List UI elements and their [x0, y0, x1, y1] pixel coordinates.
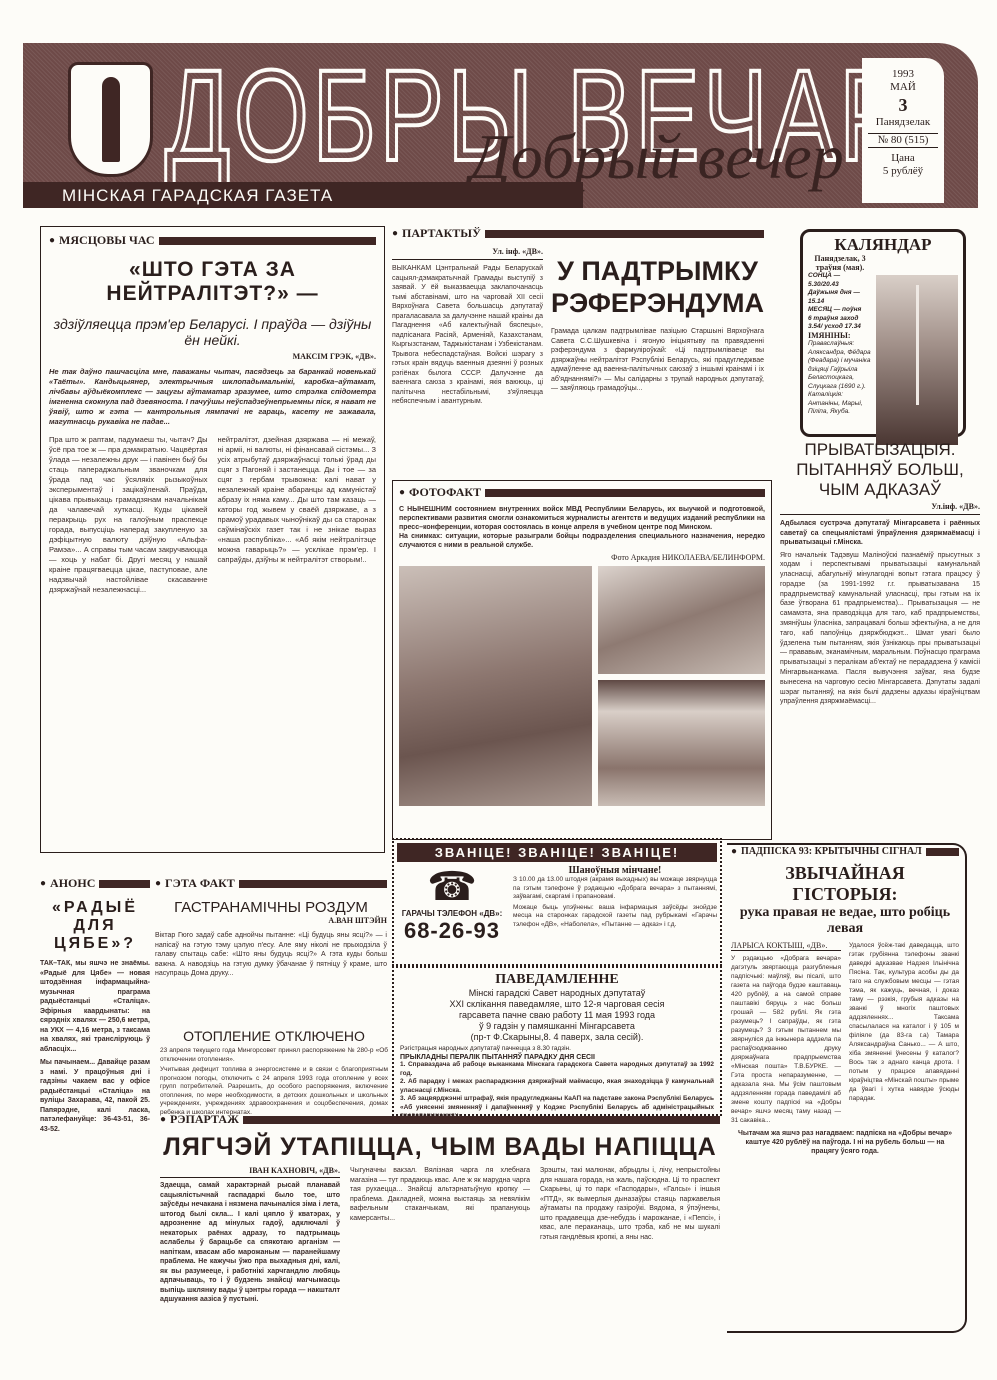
privatization-lead: Адбылася сустрэча дэпутатаў Мінгарсавета… [780, 519, 980, 548]
photo-obstacle-course [598, 566, 765, 674]
subscription-column-2: Удалося ўсёж-такі даведацца, што гэтак г… [849, 941, 959, 1125]
subscription-headline-1: ЗВЫЧАЙНАЯ ГІСТОРЫЯ: [731, 863, 959, 905]
subscription-column-1: У рэдакцыю «Добрага вечара» дагэтуль звя… [731, 954, 841, 1125]
article-fact: ●ГЭТА ФАКТ ГАСТРАНАМІЧНЫ РОЗДУМ А.ВАН ШТ… [155, 876, 387, 1026]
announcement-line-5: (пр-т Ф.Скарыны,8. 4 паверх, зала сесій)… [400, 1032, 714, 1043]
hotline-greeting: Шаноўныя мінчане! [513, 865, 717, 876]
fact-headline: ГАСТРАНАМІЧНЫ РОЗДУМ [155, 899, 387, 916]
hotline-text: З 10.00 да 13.00 штодня (акрамя выхадных… [513, 876, 717, 902]
calendar-sun: СОНЦА — 5.30/20.43 [808, 272, 872, 289]
hotline-banner: ЗВАНІЦЕ! ЗВАНІЦЕ! ЗВАНІЦЕ! [397, 843, 717, 862]
article-partaktyu: ●ПАРТАКТЫЎ Ул. інф. «ДВ». ВЫКАНКАМ Цэнтр… [392, 226, 764, 476]
partaktyu-column-2: У ПАДТРЫМКУ РЭФЕРЭНДУМА Грамада цалкам п… [551, 247, 764, 407]
rubric-label: РЭПАРТАЖ [170, 1112, 239, 1127]
agenda-item-1: 1. Справаздача аб рабоце выканкама Мінск… [400, 1061, 714, 1078]
subscription-headline-2: рука правая не ведае, што робіць левая [731, 905, 959, 937]
rubric-anons: ●АНОНС [40, 876, 150, 891]
rubric-label: АНОНС [50, 876, 95, 891]
announcement-line-4: ў 9 гадзін у памяшканні Мінгарсавета [400, 1021, 714, 1032]
newspaper-subtitle: МІНСКАЯ ГАРАДСКАЯ ГАЗЕТА [62, 186, 333, 206]
photofact-text: С НЫНЕШНИМ состоянием внутренних войск М… [399, 505, 765, 532]
issue-month: МАЙ [862, 81, 944, 94]
privatization-text: Яго начальнік Тадэвуш Маліноўскі пазнаём… [780, 551, 980, 708]
reportage-column-3: Зрэшты, такі малюнак, абрыдлы і, лічу, н… [540, 1166, 720, 1305]
hotline-text-2: Можаце быць упэўнены: ваша інфармацыя за… [513, 904, 717, 930]
article-reportage: ●РЭПАРТАЖ ЛЯГЧЭЙ УТАПІЦЦА, ЧЫМ ВАДЫ НАПІ… [160, 1112, 720, 1352]
subscription-byline: ЛАРЫСА КОКТЫШ, «ДВ». [731, 941, 841, 951]
photo-grid [399, 566, 765, 806]
fact-text: Віктар Гюго задаў сабе аднойчы пытанне: … [155, 931, 387, 979]
article-column-2: нейтралітэт, дзейная дзяржава — ні межаў… [218, 435, 377, 595]
newspaper-script-title: Добрый вечер [470, 125, 844, 189]
rubric-label: МЯСЦОВЫ ЧАС [59, 233, 155, 248]
privatization-headline-3: ЧЫМ АДКАЗАЎ [780, 480, 980, 500]
calendar-info: Панядзелак, 3 траўня (мая). СОНЦА — 5.30… [808, 255, 872, 445]
article-privatization: ПРЫВАТЫЗАЦЫЯ. ПЫТАННЯЎ БОЛЬШ, ЧЫМ АДКАЗА… [780, 440, 980, 845]
anons-text: ТАК–ТАК, мы яшчэ не знаёмы. «Радыё для Ц… [40, 959, 150, 1054]
announcement-line-3: гарсавета пачне сваю работу 11 мая 1993 … [400, 1010, 714, 1021]
privatization-headline-1: ПРЫВАТЫЗАЦЫЯ. [780, 440, 980, 460]
names-orthodox: Праваслаўныя: Аляксандра, Фёдара (Феадар… [808, 340, 872, 391]
photo-vehicle-detention [598, 680, 765, 806]
article-columns: Пра што ж раптам, падумаеш ты, чытач? Ды… [49, 435, 376, 595]
issue-day: 3 [862, 94, 944, 116]
minsk-coat-of-arms-icon [68, 62, 153, 177]
agenda-title: ПРЫКЛАДНЫ ПЕРАЛІК ПЫТАННЯЎ ПАРАДКУ ДНЯ С… [400, 1054, 714, 1061]
agenda-item-2: 2. Аб парадку і межах распараджэння дзяр… [400, 1078, 714, 1095]
hotline-box: ЗВАНІЦЕ! ЗВАНІЦЕ! ЗВАНІЦЕ! ☎ ГАРАЧЫ ТЭЛЕ… [392, 838, 722, 966]
issue-date-box: 1993 МАЙ 3 Панядзелак № 80 (515) Цана 5 … [862, 58, 944, 203]
rubric-label: ФОТОФАКТ [409, 485, 481, 500]
heating-text-2: Учитывая дефицит топлива в энергосистеме… [160, 1066, 388, 1117]
photo-building-assault [399, 566, 592, 806]
referendum-text: Грамада цалкам падтрымлівае пазіцыю Стар… [551, 327, 764, 394]
announcement-line-1: Мінскі гарадскі Савет народных дэпутатаў [400, 988, 714, 999]
issue-weekday: Панядзелак [862, 116, 944, 129]
price-value: 5 рублёў [862, 165, 944, 178]
anons-headline: «РАДЫЁ ДЛЯ ЦЯБЕ»? [40, 899, 150, 953]
hotline-label: ГАРАЧЫ ТЭЛЕФОН «ДВ»: [397, 909, 507, 918]
issue-number: № 80 (515) [868, 133, 938, 148]
names-catholic: Каталіцкія: Антаніны, Марыі, Піліпа, Яку… [808, 391, 872, 417]
reportage-column-2: Чыгуначны вакзал. Вялізная чарга ля хлеб… [350, 1166, 530, 1305]
reportage-byline: ІВАН КАХНОВІЧ, «ДВ». [160, 1166, 340, 1178]
partaktyu-text: ВЫКАНКАМ Цэнтральнай Рады Беларускай сац… [392, 264, 543, 407]
article-column-1: Пра што ж раптам, падумаеш ты, чытач? Ды… [49, 435, 208, 595]
rubric-fact: ●ГЭТА ФАКТ [155, 876, 387, 891]
heating-text-1: 23 апреля текущего года Мингорсовет прин… [160, 1047, 388, 1064]
article-neutrality: ●МЯСЦОВЫ ЧАС «ШТО ГЭТА ЗА НЕЙТРАЛІТЭТ?» … [40, 226, 385, 853]
rubric-subscription: ●ПАДПІСКА 93: КРЫТЫЧНЫ СІГНАЛ [731, 846, 959, 857]
rubric-label: ПАДПІСКА 93: КРЫТЫЧНЫ СІГНАЛ [741, 846, 922, 857]
rubric-label: ГЭТА ФАКТ [165, 876, 235, 891]
anons-text-2: Мы пачынаем... Давайце разам з намі. У п… [40, 1058, 150, 1134]
announcement-title: ПАВЕДАМЛЕННЕ [400, 972, 714, 988]
privatization-headline-2: ПЫТАННЯЎ БОЛЬШ, [780, 460, 980, 480]
rubric-reportage: ●РЭПАРТАЖ [160, 1112, 720, 1127]
fact-byline: А.ВАН ШТЭЙН [155, 916, 387, 925]
reportage-column-1: Здаецца, самай характэрнай рысай планава… [160, 1181, 340, 1305]
hotline-phone-number[interactable]: 68-26-93 [397, 918, 507, 944]
partaktyu-column-1: Ул. інф. «ДВ». ВЫКАНКАМ Цэнтральнай Рады… [392, 247, 543, 407]
heating-headline: ОТОПЛЕНИЕ ОТКЛЮЧЕНО [160, 1028, 388, 1044]
photofact-box: ●ФОТОФАКТ С НЫНЕШНИМ состоянием внутренн… [392, 480, 772, 840]
announcement-box: ПАВЕДАМЛЕННЕ Мінскі гарадскі Савет народ… [392, 966, 722, 1116]
calendar-moon: МЕСЯЦ — поўня [808, 306, 872, 315]
article-anons: ●АНОНС «РАДЫЁ ДЛЯ ЦЯБЕ»? ТАК–ТАК, мы яшч… [40, 876, 150, 1346]
article-lead: Не так даўно пашчасціла мне, паважаны чы… [49, 367, 376, 427]
referendum-headline-1: У ПАДТРЫМКУ [551, 255, 764, 287]
issue-year: 1993 [862, 68, 944, 81]
article-byline: МАКСІМ ГРЭК, «ДВ». [49, 352, 376, 361]
privatization-source: Ул.інф. «ДВ». [780, 502, 980, 515]
article-subscription-content: ●ПАДПІСКА 93: КРЫТЫЧНЫ СІГНАЛ ЗВЫЧАЙНАЯ … [727, 846, 963, 1331]
source-label: Ул. інф. «ДВ». [392, 247, 543, 260]
calendar-day-length: Даўжыня дня — 15.14 [808, 289, 872, 306]
rubric-myastsovy-chas: ●МЯСЦОВЫ ЧАС [49, 233, 376, 248]
birch-tree-photo [876, 275, 958, 445]
names-day-title: ІМЯНІНЫ: [808, 332, 872, 341]
telephone-icon: ☎ [397, 865, 507, 909]
calendar-box: КАЛЯНДАР Панядзелак, 3 траўня (мая). СОН… [800, 229, 966, 437]
article-heating: ОТОПЛЕНИЕ ОТКЛЮЧЕНО 23 апреля текущего г… [160, 1028, 388, 1113]
announcement-registration: Рэгістрацыя народных дэпутатаў пачнецца … [400, 1045, 714, 1052]
announcement-line-2: XXI склікання паведамляе, што 12-я чарго… [400, 999, 714, 1010]
price-label: Цана [862, 152, 944, 165]
rubric-photofact: ●ФОТОФАКТ [399, 485, 765, 500]
reportage-headline: ЛЯГЧЭЙ УТАПІЦЦА, ЧЫМ ВАДЫ НАПІЦЦА [160, 1133, 720, 1162]
photofact-caption: На снимках: ситуации, которые разыграли … [399, 532, 765, 550]
hotline-phone-block: ☎ ГАРАЧЫ ТЭЛЕФОН «ДВ»: 68-26-93 [397, 865, 507, 944]
subscription-footer: Чытачам жа яшчэ раз нагадваем: падпіска … [731, 1129, 959, 1156]
article-headline: «ШТО ГЭТА ЗА НЕЙТРАЛІТЭТ?» — [49, 258, 376, 306]
calendar-title: КАЛЯНДАР [808, 235, 958, 255]
calendar-date: Панядзелак, 3 траўня (мая). [808, 255, 872, 272]
article-subheadline: здзіўляецца прэм'ер Беларусі. І праўда —… [49, 316, 376, 348]
referendum-headline-2: РЭФЕРЭНДУМА [551, 287, 764, 319]
calendar-moon-detail: 6 траўня заход 3.54/ усход 17.34 [808, 315, 872, 332]
photo-credit: Фото Аркадия НИКОЛАЕВА/БЕЛИНФОРМ. [399, 553, 765, 562]
rubric-partaktyu: ●ПАРТАКТЫЎ [392, 226, 764, 241]
rubric-label: ПАРТАКТЫЎ [402, 226, 481, 241]
